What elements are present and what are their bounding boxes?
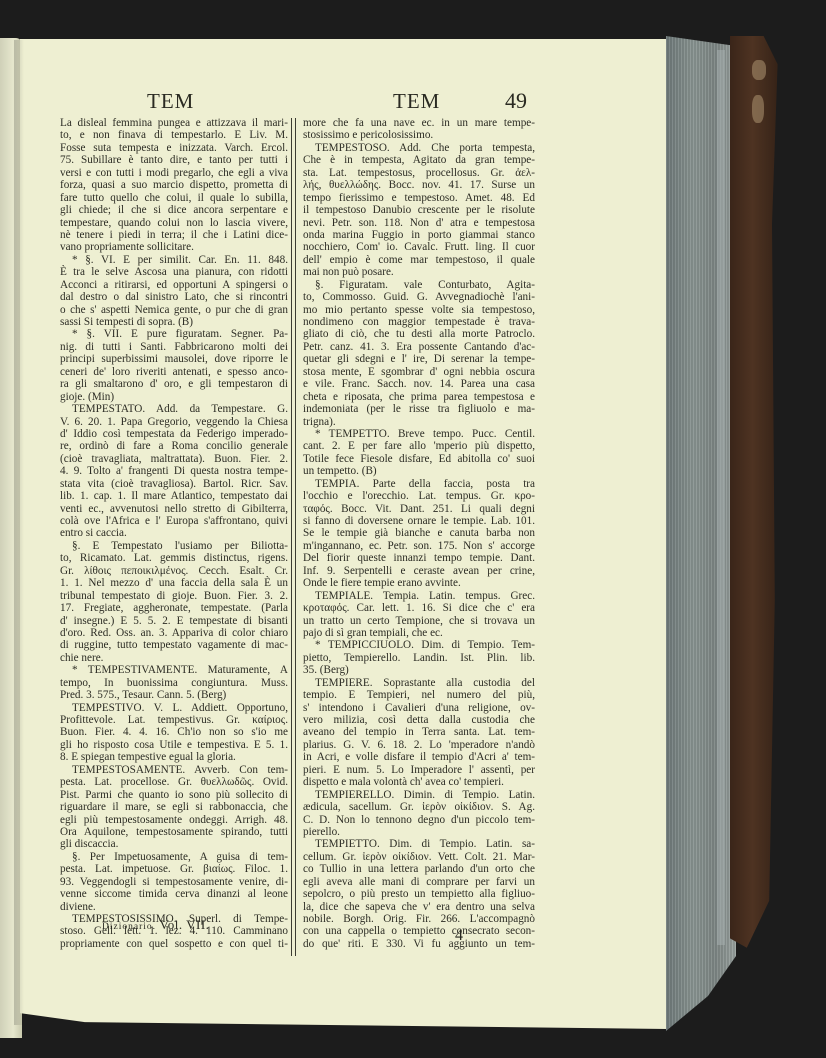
- text-line: sepolcro, o più presto un tempietto alla…: [303, 888, 535, 900]
- text-line: cant. 2. E per fare allo 'mperio più dis…: [303, 440, 535, 452]
- text-line: lib. 1. cap. 1. Il mare Atlantico, tempe…: [60, 490, 288, 502]
- text-line: 17. Fregiate, aggheronate, tempestate. (…: [60, 602, 288, 614]
- text-line: κροταφός. Car. lett. 1. 16. Si dice che …: [303, 602, 535, 614]
- text-line: nobile. Borgh. Orig. Fir. 266. L'accompa…: [303, 913, 535, 925]
- text-line: ceneri de' loro riveriti antenati, e spe…: [60, 366, 288, 378]
- text-line: venti ec., avvenutosi nello stretto di G…: [60, 503, 288, 515]
- text-line: tribunal tempestato di gioje. Buon. Fier…: [60, 590, 288, 602]
- text-line: fare tutto quello che colui, il quale lo…: [60, 192, 288, 204]
- text-line: gioje. (Min): [60, 391, 288, 403]
- text-line: diviene.: [60, 901, 288, 913]
- text-line: to, e non finava di tempestarlo. E Liv. …: [60, 129, 288, 141]
- text-line: 4. 9. Tolto a' frangenti Di questa nostr…: [60, 465, 288, 477]
- text-line: di ruggine, tutto tempestato vagamente d…: [60, 639, 288, 651]
- text-line: in Acri, e volle disfare il tempio d'Acr…: [303, 751, 535, 763]
- text-line: 1. 1. Nel mezzo d' una faccia della sala…: [60, 577, 288, 589]
- text-line: (cioè travagliata, maltrattata). Buon. F…: [60, 453, 288, 465]
- text-line: 93. Veggendogli si tempestosamente venir…: [60, 876, 288, 888]
- text-line: propriamente con quel sospetto e con que…: [60, 938, 288, 950]
- text-line: egli più tempestosamente ondeggi. Arrigh…: [60, 814, 288, 826]
- column-divider-rule: [291, 118, 296, 956]
- text-line: tempestare, quando colui non lo lascia v…: [60, 217, 288, 229]
- fore-edge-highlight: [717, 50, 725, 945]
- text-line: si fanno di doversene ornare le tempie. …: [303, 515, 535, 527]
- text-line: onda marina Fuggio in porto giammai stan…: [303, 229, 535, 241]
- text-line: un tratto un certo Tempione, che si trov…: [303, 615, 535, 627]
- text-line: pajo di sì gran tempiali, che ec.: [303, 627, 535, 639]
- running-head-left: TEM: [147, 89, 194, 114]
- book-cover-edge: [730, 36, 786, 976]
- text-line: pietto, Tempierello. Landin. Ist. Plin. …: [303, 652, 535, 664]
- text-line: 35. (Berg): [303, 664, 535, 676]
- text-line: Che è in tempesta, Agitato da gran tempe…: [303, 154, 535, 166]
- text-line: ra gli smaltarono d' oro, e gli tempesta…: [60, 378, 288, 390]
- text-line: vano propriamente sollicitare.: [60, 241, 288, 253]
- text-line: trigna).: [303, 416, 535, 428]
- text-line: TEMPESTOSAMENTE. Avverb. Con tem-: [60, 764, 288, 776]
- text-line: Fosse suta tempesta e inizzata. Varch. E…: [60, 142, 288, 154]
- text-line: versi e con tutti i modi pregarlo, che e…: [60, 167, 288, 179]
- text-line: V. 6. 20. 1. Papa Gregorio, veggendo la …: [60, 416, 288, 428]
- text-line: TEMPESTIVO. V. L. Addiett. Opportuno,: [60, 702, 288, 714]
- text-line: C. D. Non lo tennono degno d'un piccolo …: [303, 814, 535, 826]
- text-line: cheta e riposata, che prima parea tempes…: [303, 391, 535, 403]
- text-line: riguardare il mare, se egli si rabbonacc…: [60, 801, 288, 813]
- text-line: indemoniata (per le risse tra figliuolo …: [303, 403, 535, 415]
- text-line: vero milizia, così detta dalla custodia …: [303, 714, 535, 726]
- text-line: stosissimo e pericolosissimo.: [303, 129, 535, 141]
- page-block-fore-edge: [666, 36, 736, 1036]
- text-line: TEMPIETTO. Dim. di Tempio. Latin. sa-: [303, 838, 535, 850]
- text-line: * §. VII. E pure figuratam. Segner. Pa-: [60, 328, 288, 340]
- text-line: §. Figuratam. vale Conturbato, Agita-: [303, 279, 535, 291]
- text-line: chie nere.: [60, 652, 288, 664]
- footer-signature-prefix: Dizionario.: [102, 922, 156, 932]
- text-line: * TEMPETTO. Breve tempo. Pucc. Centil.: [303, 428, 535, 440]
- text-line: un tempetto. (B): [303, 465, 535, 477]
- text-line: gliato di ciò, che tu desti alla morte P…: [303, 328, 535, 340]
- right-text-column: more che fa una nave ec. in un mare temp…: [303, 117, 535, 950]
- text-line: TEMPIA. Parte della faccia, posta tra: [303, 478, 535, 490]
- text-line: nondimeno con maggior tempestade è trava…: [303, 316, 535, 328]
- text-line: λής, θυελλώδης. Bocc. nov. 41. 17. Surse…: [303, 179, 535, 191]
- text-line: nocchiero, Com' io. Cavalc. Frutt. ling.…: [303, 241, 535, 253]
- text-line: o che s' aspetti Nemica gente, o pur che…: [60, 304, 288, 316]
- text-line: TEMPESTATO. Add. da Tempestare. G.: [60, 403, 288, 415]
- text-line: l'occhio e l'orecchio. Lat. tempus. Gr. …: [303, 490, 535, 502]
- left-text-column: La disleal femmina pungea e attizzava il…: [60, 117, 288, 950]
- text-line: gli discaccia.: [60, 838, 288, 850]
- text-line: TEMPESTOSO. Add. Che porta tempesta,: [303, 142, 535, 154]
- text-line: Gr. λίθοις πεποικιλμένος. Cecch. Esalt. …: [60, 565, 288, 577]
- text-line: forza, quasi a suo marcio dispetto, prom…: [60, 179, 288, 191]
- text-line: dispetto e mala volontà ch' avea co' tem…: [303, 776, 535, 788]
- text-line: §. E Tempestato l'usiamo per Biliotta-: [60, 540, 288, 552]
- text-line: dell' empio è come mar tempestoso, il qu…: [303, 254, 535, 266]
- text-line: La disleal femmina pungea e attizzava il…: [60, 117, 288, 129]
- text-line: aveano del tempio in Terra santa. Lat. t…: [303, 726, 535, 738]
- page-number: 49: [505, 88, 527, 114]
- text-line: stosa mente, E sgombrar d' ogni nebbia o…: [303, 366, 535, 378]
- text-line: co Tullio in una lettera parlando d'un o…: [303, 863, 535, 875]
- text-line: pesta. Lat. impetuose. Gr. βιαίως. Filoc…: [60, 863, 288, 875]
- text-line: sta. Lat. tempestosus, procellosus. Gr. …: [303, 167, 535, 179]
- text-line: sassi Si tempesti di sopra. (B): [60, 316, 288, 328]
- text-line: Acconci a ritirarsi, ed opportuni A spin…: [60, 279, 288, 291]
- text-line: Onde le fiere tempie erano avvinte.: [303, 577, 535, 589]
- text-line: TEMPIALE. Tempia. Latin. tempus. Grec.: [303, 590, 535, 602]
- text-line: È tra le selve Ascosa una pianura, con r…: [60, 266, 288, 278]
- text-line: pieri. E num. 5. Lo Imperadore l' assent…: [303, 764, 535, 776]
- text-line: la, dice che sapeva che v' era dentro un…: [303, 901, 535, 913]
- text-line: Se le tempie già bianche e canuta barba …: [303, 527, 535, 539]
- text-line: nig. di tutti i Santi. Fabbricarono molt…: [60, 341, 288, 353]
- text-line: Pred. 3. 575., Tesaur. Cann. 5. (Berg): [60, 689, 288, 701]
- text-line: entro si caccia.: [60, 527, 288, 539]
- running-head-right: TEM: [393, 89, 440, 114]
- text-line: stata vita (cioè travagliosa). Bartol. R…: [60, 478, 288, 490]
- text-line: do que' riti. E 330. Vi fu aggiunto un t…: [303, 938, 535, 950]
- text-line: s' intendono i Cavalieri d'una religione…: [303, 702, 535, 714]
- text-line: tempo fierissimo e tempestoso. Amet. 48.…: [303, 192, 535, 204]
- text-line: plarius. G. V. 6. 18. 2. Lo 'mperadore n…: [303, 739, 535, 751]
- text-line: re, ordinò di fare a Roma concilio gener…: [60, 440, 288, 452]
- text-line: Ora Aquilone, tempestosamente spirando, …: [60, 826, 288, 838]
- signature-mark: 4: [455, 927, 463, 945]
- text-line: cellum. Gr. ἱερὸν οἰκίδιον. Vett. Colt. …: [303, 851, 535, 863]
- text-line: quetar gli sdegni e l' ire, Di serenar l…: [303, 353, 535, 365]
- text-line: ædicula, sacellum. Gr. ἱερὸν οἰκίδιον. S…: [303, 801, 535, 813]
- text-line: Buon. Fier. 4. 4. 16. Ch'io non so s'io …: [60, 726, 288, 738]
- text-line: colà ove l'Africa e l' Europa s'affronta…: [60, 515, 288, 527]
- text-line: 8. E spiegan tempestive egual la gloria.: [60, 751, 288, 763]
- text-line: to, Ricamato. Lat. gemmis distinctus, ri…: [60, 552, 288, 564]
- text-line: Del fiorir queste innanzi tempo tempie. …: [303, 552, 535, 564]
- footer-signature: Dizionario. Vol. VII.: [102, 917, 209, 933]
- text-line: d' insegne.) E 5. 5. 2. E tempestate di …: [60, 615, 288, 627]
- text-line: tempio. E Tempieri, nel numero del più,: [303, 689, 535, 701]
- text-line: Inf. 9. Serpentelli e ceraste avean per …: [303, 565, 535, 577]
- text-line: Pist. Parmi che quanto io sono più solle…: [60, 789, 288, 801]
- text-line: gli chiede; il che si dice ancora serpen…: [60, 204, 288, 216]
- text-line: nè tenere i piedi in terra; il che i Lat…: [60, 229, 288, 241]
- text-line: d'oro. Red. Oss. an. 3. Appariva di colo…: [60, 627, 288, 639]
- text-line: principi superbissimi mausolei, dove rip…: [60, 353, 288, 365]
- text-line: il tempestoso Danubio crescente per le r…: [303, 204, 535, 216]
- text-line: e vile. Franc. Sacch. nov. 14. Parea una…: [303, 378, 535, 390]
- text-line: more che fa una nave ec. in un mare temp…: [303, 117, 535, 129]
- text-line: egli aveva alle mani di comprare per far…: [303, 876, 535, 888]
- text-line: con una cappella o tempietto consecrato …: [303, 925, 535, 937]
- footer-signature-volume: Vol. VII.: [160, 917, 210, 932]
- text-line: ταφός. Bocc. Vit. Dant. 251. Li quali de…: [303, 503, 535, 515]
- text-line: Profittevole. Lat. tempestivus. Gr. καίρ…: [60, 714, 288, 726]
- text-line: nevi. Petr. son. 118. Non d' atra e temp…: [303, 217, 535, 229]
- text-line: m'ingannano, ec. Petr. son. 175. Non s' …: [303, 540, 535, 552]
- text-line: gli ho risposto cosa Utile e tempestiva.…: [60, 739, 288, 751]
- cover-wear-spot: [752, 60, 766, 80]
- text-line: * §. VI. E per similit. Car. En. 11. 848…: [60, 254, 288, 266]
- cover-wear-spot: [752, 95, 764, 123]
- text-line: venne siccome timida cerva dinanzi al le…: [60, 888, 288, 900]
- text-line: pesta. Lat. procellose. Gr. θυελλωδῶς. O…: [60, 776, 288, 788]
- text-line: TEMPIERELLO. Dimin. di Tempio. Latin.: [303, 789, 535, 801]
- text-line: pierello.: [303, 826, 535, 838]
- text-line: * TEMPESTIVAMENTE. Maturamente, A: [60, 664, 288, 676]
- text-line: dal destro o dal sinistro Lato, che si r…: [60, 291, 288, 303]
- text-line: §. Per Impetuosamente, A guisa di tem-: [60, 851, 288, 863]
- text-line: TEMPIERE. Soprastante alla custodia del: [303, 677, 535, 689]
- gutter-shadow: [14, 40, 24, 1025]
- text-line: d' Iddio così tempestata da Federigo imp…: [60, 428, 288, 440]
- text-line: Totile fece Fiesole disfare, Ed abitolla…: [303, 453, 535, 465]
- text-line: tempo, In buonissima congiuntura. Muss.: [60, 677, 288, 689]
- text-line: * TEMPICCIUOLO. Dim. di Tempio. Tem-: [303, 639, 535, 651]
- text-line: mai non può posare.: [303, 266, 535, 278]
- book-scan: TEM TEM 49 La disleal femmina pungea e a…: [0, 0, 826, 1058]
- text-line: to, Commosso. Guid. G. Avvegnadiochè l'a…: [303, 291, 535, 303]
- text-line: Petr. canz. 41. 3. Era possente Cantando…: [303, 341, 535, 353]
- text-line: 75. Subillare è tanto dire, e tanto per …: [60, 154, 288, 166]
- text-line: mo mio pertanto spesse volte sia tempest…: [303, 304, 535, 316]
